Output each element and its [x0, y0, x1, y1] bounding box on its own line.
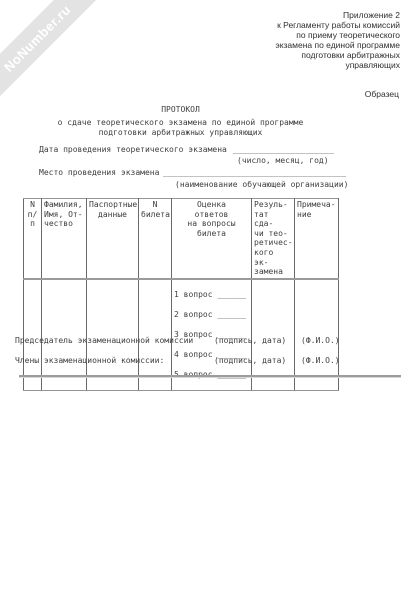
- watermark-text: NoNumber.ru: [1, 2, 74, 75]
- col-header-result: Резуль- тат сда- чи тео- ретичес- кого э…: [252, 199, 295, 279]
- footer-divider: [19, 375, 401, 377]
- signature-role: Члены экзаменационной комиссии:: [15, 356, 164, 366]
- appendix-line: Приложение 2: [275, 10, 400, 20]
- appendix-line: управляющих: [275, 60, 400, 70]
- question-line: 1 вопрос ______: [174, 290, 249, 300]
- date-field-label: Дата проведения теоретического экзамена: [39, 145, 227, 155]
- appendix-line: по приему теоретического: [275, 30, 400, 40]
- appendix-line: подготовки арбитражных: [275, 50, 400, 60]
- place-field-blank: ______________________________________: [163, 168, 346, 178]
- place-field-label: Место проведения экзамена: [39, 168, 159, 178]
- col-header-passport: Паспортные данные: [87, 199, 139, 279]
- title-subtitle-line2: подготовки арбитражных управляющих: [23, 128, 338, 138]
- table-header-row: N п/п Фамилия, Имя, От- чество Паспортны…: [24, 199, 339, 279]
- appendix-line: к Регламенту работы комиссий: [275, 20, 400, 30]
- col-header-name: Фамилия, Имя, От- чество: [42, 199, 87, 279]
- signature-name-caption: (Ф.И.О.): [301, 336, 340, 346]
- col-header-answers: Оценка ответов на вопросы билета: [172, 199, 252, 279]
- document-page: NoNumber.ru Приложение 2 к Регламенту ра…: [0, 0, 420, 600]
- place-field-caption: (наименование обучающей организации): [175, 180, 348, 190]
- signature-sign-caption: (подпись, дата): [214, 356, 286, 366]
- date-field-blank: _____________________: [233, 145, 334, 155]
- appendix-header: Приложение 2 к Регламенту работы комисси…: [275, 10, 400, 70]
- signature-name-caption: (Ф.И.О.): [301, 356, 340, 366]
- appendix-line: экзамена по единой программе: [275, 40, 400, 50]
- document-title: ПРОТОКОЛ: [23, 105, 338, 115]
- signature-sign-caption: (подпись, дата): [214, 336, 286, 346]
- question-line: 2 вопрос ______: [174, 310, 249, 320]
- date-field-caption: (число, месяц, год): [237, 156, 329, 166]
- col-header-number: N п/п: [24, 199, 42, 279]
- watermark-ribbon: NoNumber.ru: [0, 0, 104, 105]
- title-subtitle-line1: о сдаче теоретического экзамена по едино…: [23, 118, 338, 128]
- sample-label: Образец: [365, 89, 399, 99]
- signature-role: Председатель экзаменационной комиссии: [15, 336, 193, 346]
- col-header-note: Примеча- ние: [295, 199, 339, 279]
- col-header-ticket: N билета: [139, 199, 172, 279]
